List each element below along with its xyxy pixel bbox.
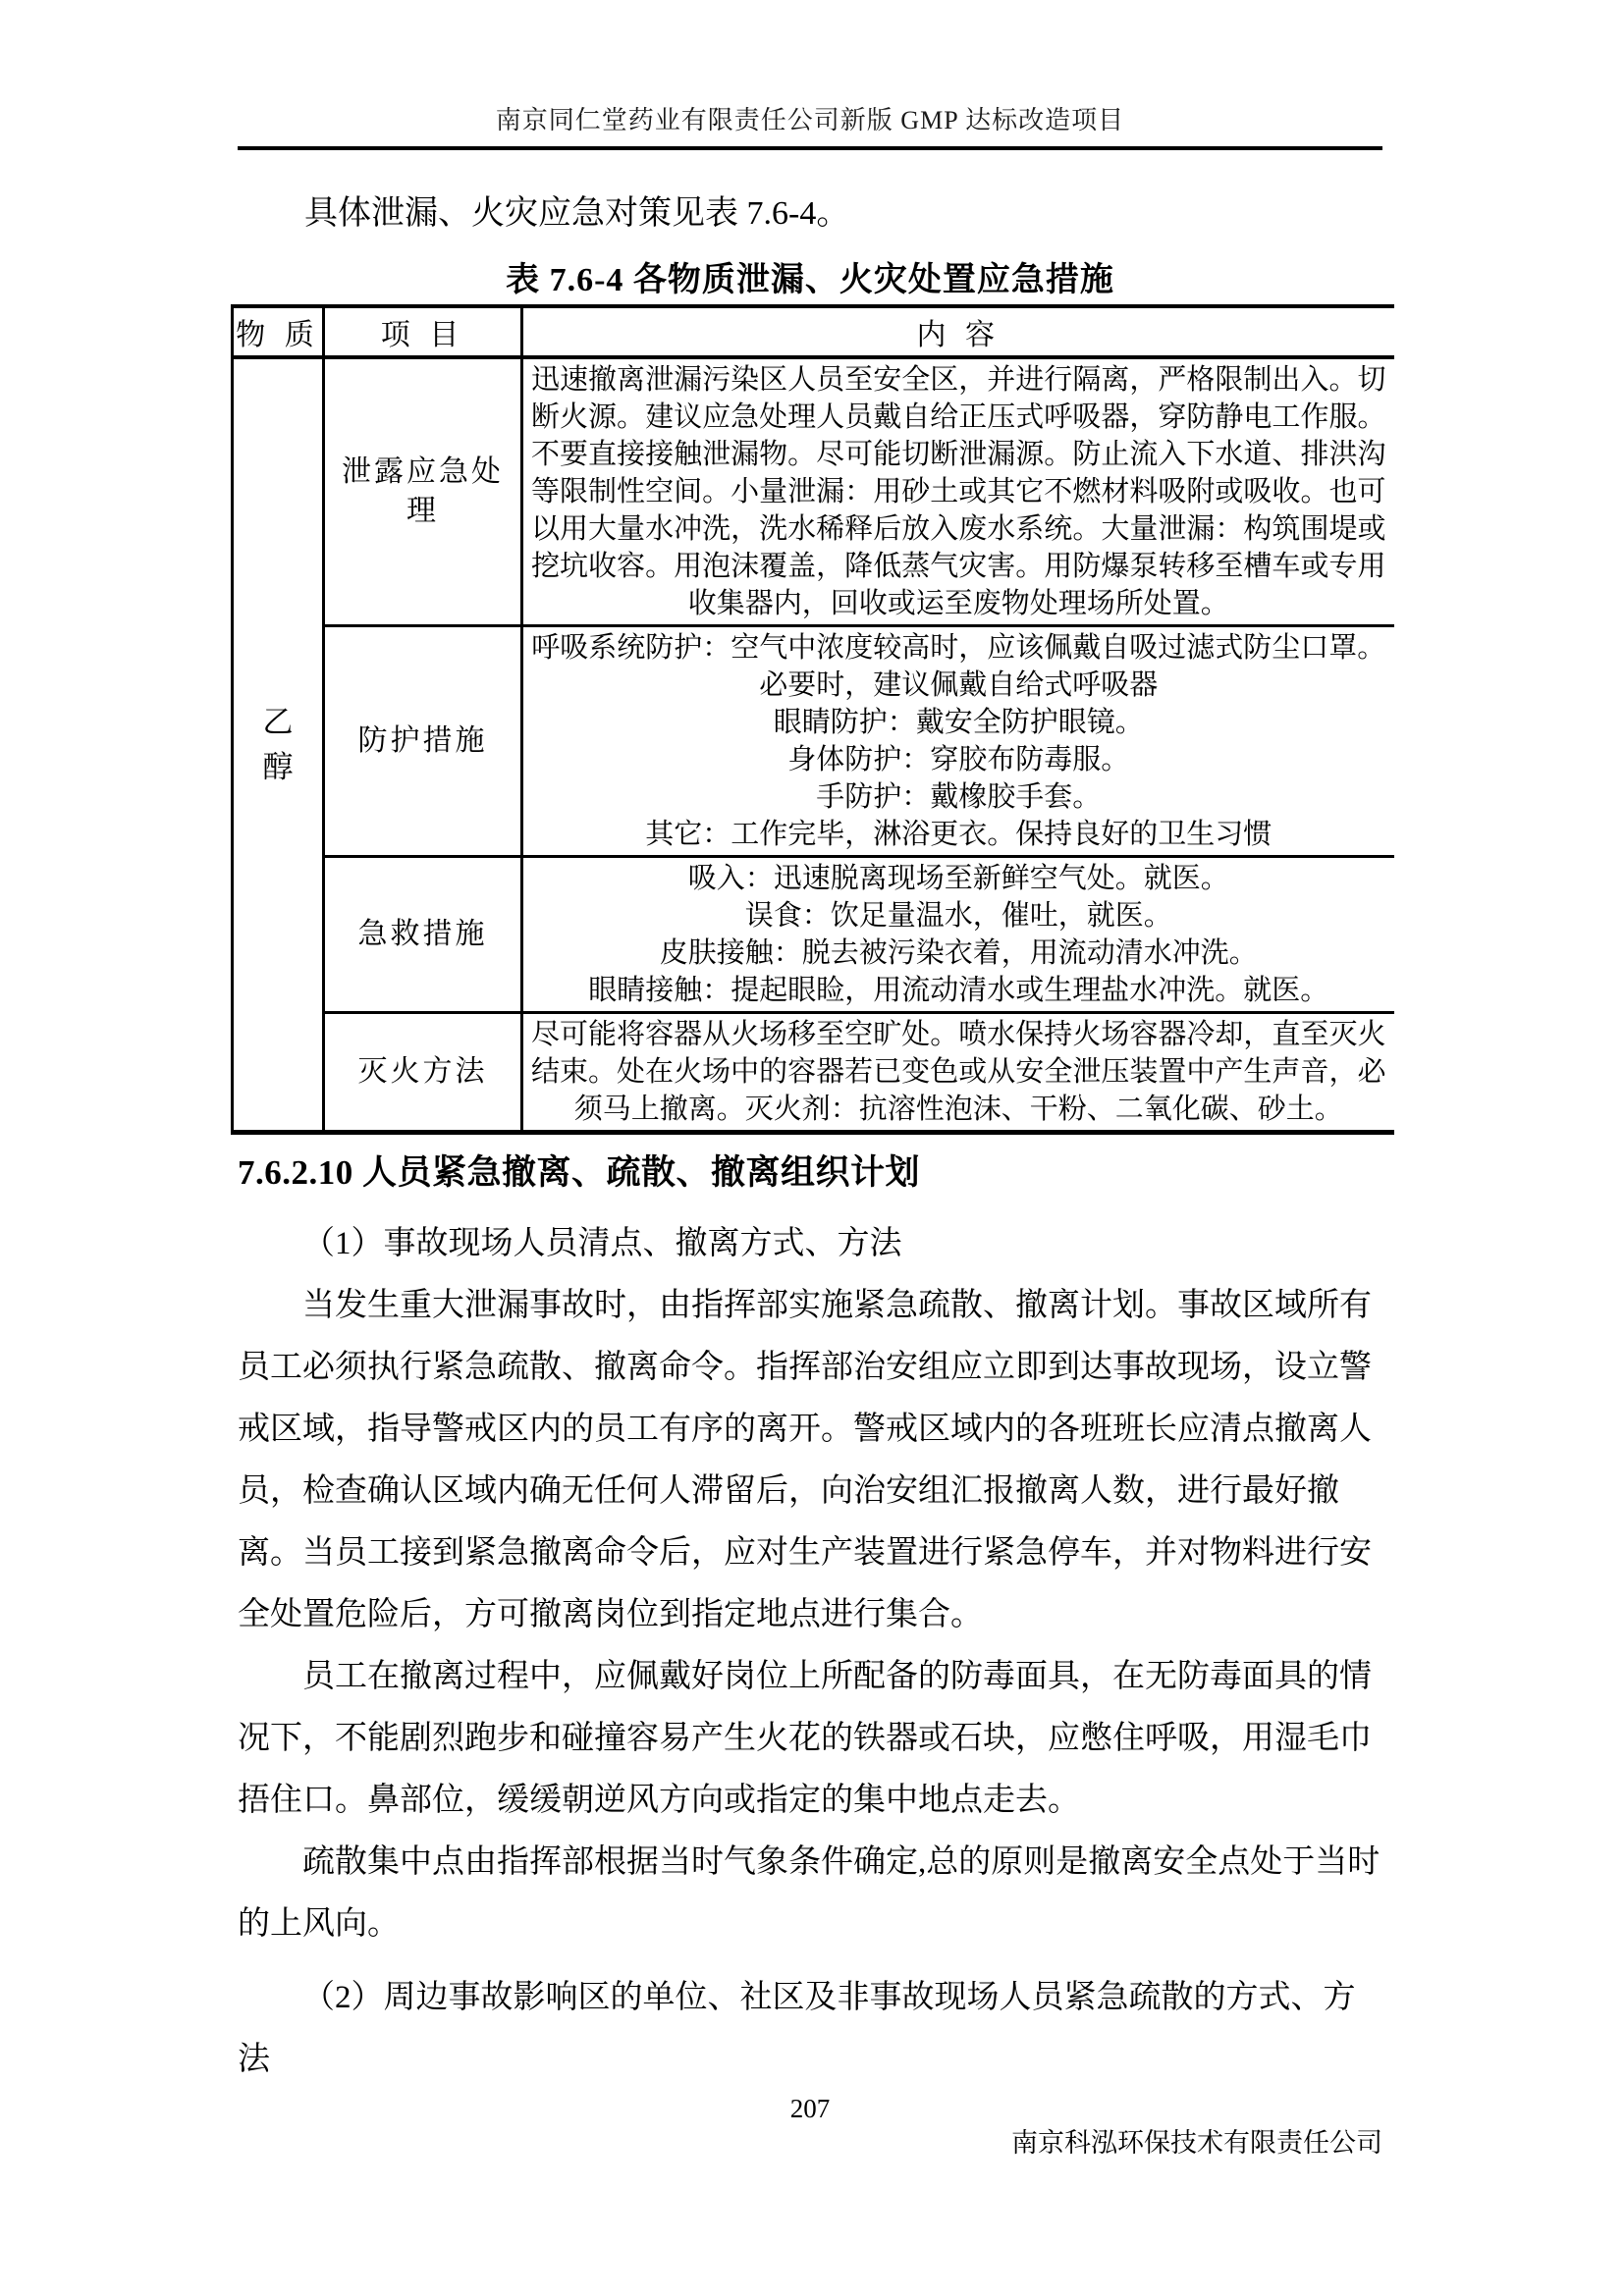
body-paragraph-1: （1）事故现场人员清点、撤离方式、方法	[238, 1213, 1382, 1275]
substance-cell: 乙 醇	[233, 357, 324, 1133]
content-cell-protection: 呼吸系统防护：空气中浓度较高时，应该佩戴自吸过滤式防尘口罩。 必要时，建议佩戴自…	[522, 626, 1394, 857]
body-paragraph-4: 疏散集中点由指挥部根据当时气象条件确定,总的原则是撤离安全点处于当时的上风向。	[238, 1832, 1382, 1955]
table-row-first-aid: 急救措施 吸入：迅速脱离现场至新鲜空气处。就医。 误食：饮足量温水，催吐，就医。…	[233, 857, 1394, 1013]
item-cell-fire-fighting: 灭火方法	[324, 1013, 522, 1133]
document-page: 南京同仁堂药业有限责任公司新版 GMP 达标改造项目 具体泄漏、火灾应急对策见表…	[0, 0, 1624, 2296]
table-row-leak-response: 乙 醇 泄露应急处 理 迅速撤离泄漏污染区人员至安全区，并进行隔离，严格限制出入…	[233, 357, 1394, 626]
footer-company-name: 南京科泓环保技术有限责任公司	[238, 2126, 1382, 2160]
intro-paragraph: 具体泄漏、火灾应急对策见表 7.6-4。	[238, 193, 1382, 235]
content-cell-leak-response: 迅速撤离泄漏污染区人员至安全区，并进行隔离，严格限制出入。切断火源。建议应急处理…	[522, 357, 1394, 626]
content-cell-fire-fighting: 尽可能将容器从火场移至空旷处。喷水保持火场容器冷却，直至灭火结束。处在火场中的容…	[522, 1013, 1394, 1133]
column-header-substance: 物 质	[233, 306, 324, 357]
page-number: 207	[238, 2093, 1382, 2124]
section-heading: 7.6.2.10 人员紧急撤离、疏散、撤离组织计划	[238, 1150, 1382, 1196]
body-paragraph-3: 员工在撤离过程中，应佩戴好岗位上所配备的防毒面具，在无防毒面具的情况下，不能剧烈…	[238, 1646, 1382, 1832]
content-cell-first-aid: 吸入：迅速脱离现场至新鲜空气处。就医。 误食：饮足量温水，催吐，就医。 皮肤接触…	[522, 857, 1394, 1013]
item-cell-protection: 防护措施	[324, 626, 522, 857]
document-header-title: 南京同仁堂药业有限责任公司新版 GMP 达标改造项目	[238, 0, 1382, 150]
item-cell-leak-response: 泄露应急处 理	[324, 357, 522, 626]
body-paragraph-5: （2）周边事故影响区的单位、社区及非事故现场人员紧急疏散的方式、方法	[238, 1967, 1382, 2091]
table-header-row: 物 质 项 目 内 容	[233, 306, 1394, 357]
column-header-content: 内 容	[522, 306, 1394, 357]
emergency-measures-table: 物 质 项 目 内 容 乙 醇 泄露应急处 理 迅速撤离泄漏污染区人员至安全区，…	[231, 304, 1394, 1135]
column-header-item: 项 目	[324, 306, 522, 357]
body-paragraph-2: 当发生重大泄漏事故时，由指挥部实施紧急疏散、撤离计划。事故区域所有员工必须执行紧…	[238, 1275, 1382, 1646]
page-content: 南京同仁堂药业有限责任公司新版 GMP 达标改造项目 具体泄漏、火灾应急对策见表…	[238, 0, 1382, 2091]
table-row-protection: 防护措施 呼吸系统防护：空气中浓度较高时，应该佩戴自吸过滤式防尘口罩。 必要时，…	[233, 626, 1394, 857]
table-row-fire-fighting: 灭火方法 尽可能将容器从火场移至空旷处。喷水保持火场容器冷却，直至灭火结束。处在…	[233, 1013, 1394, 1133]
item-cell-first-aid: 急救措施	[324, 857, 522, 1013]
emergency-table-wrapper: 物 质 项 目 内 容 乙 醇 泄露应急处 理 迅速撤离泄漏污染区人员至安全区，…	[238, 304, 1382, 1135]
table-caption: 表 7.6-4 各物质泄漏、火灾处置应急措施	[238, 260, 1382, 301]
